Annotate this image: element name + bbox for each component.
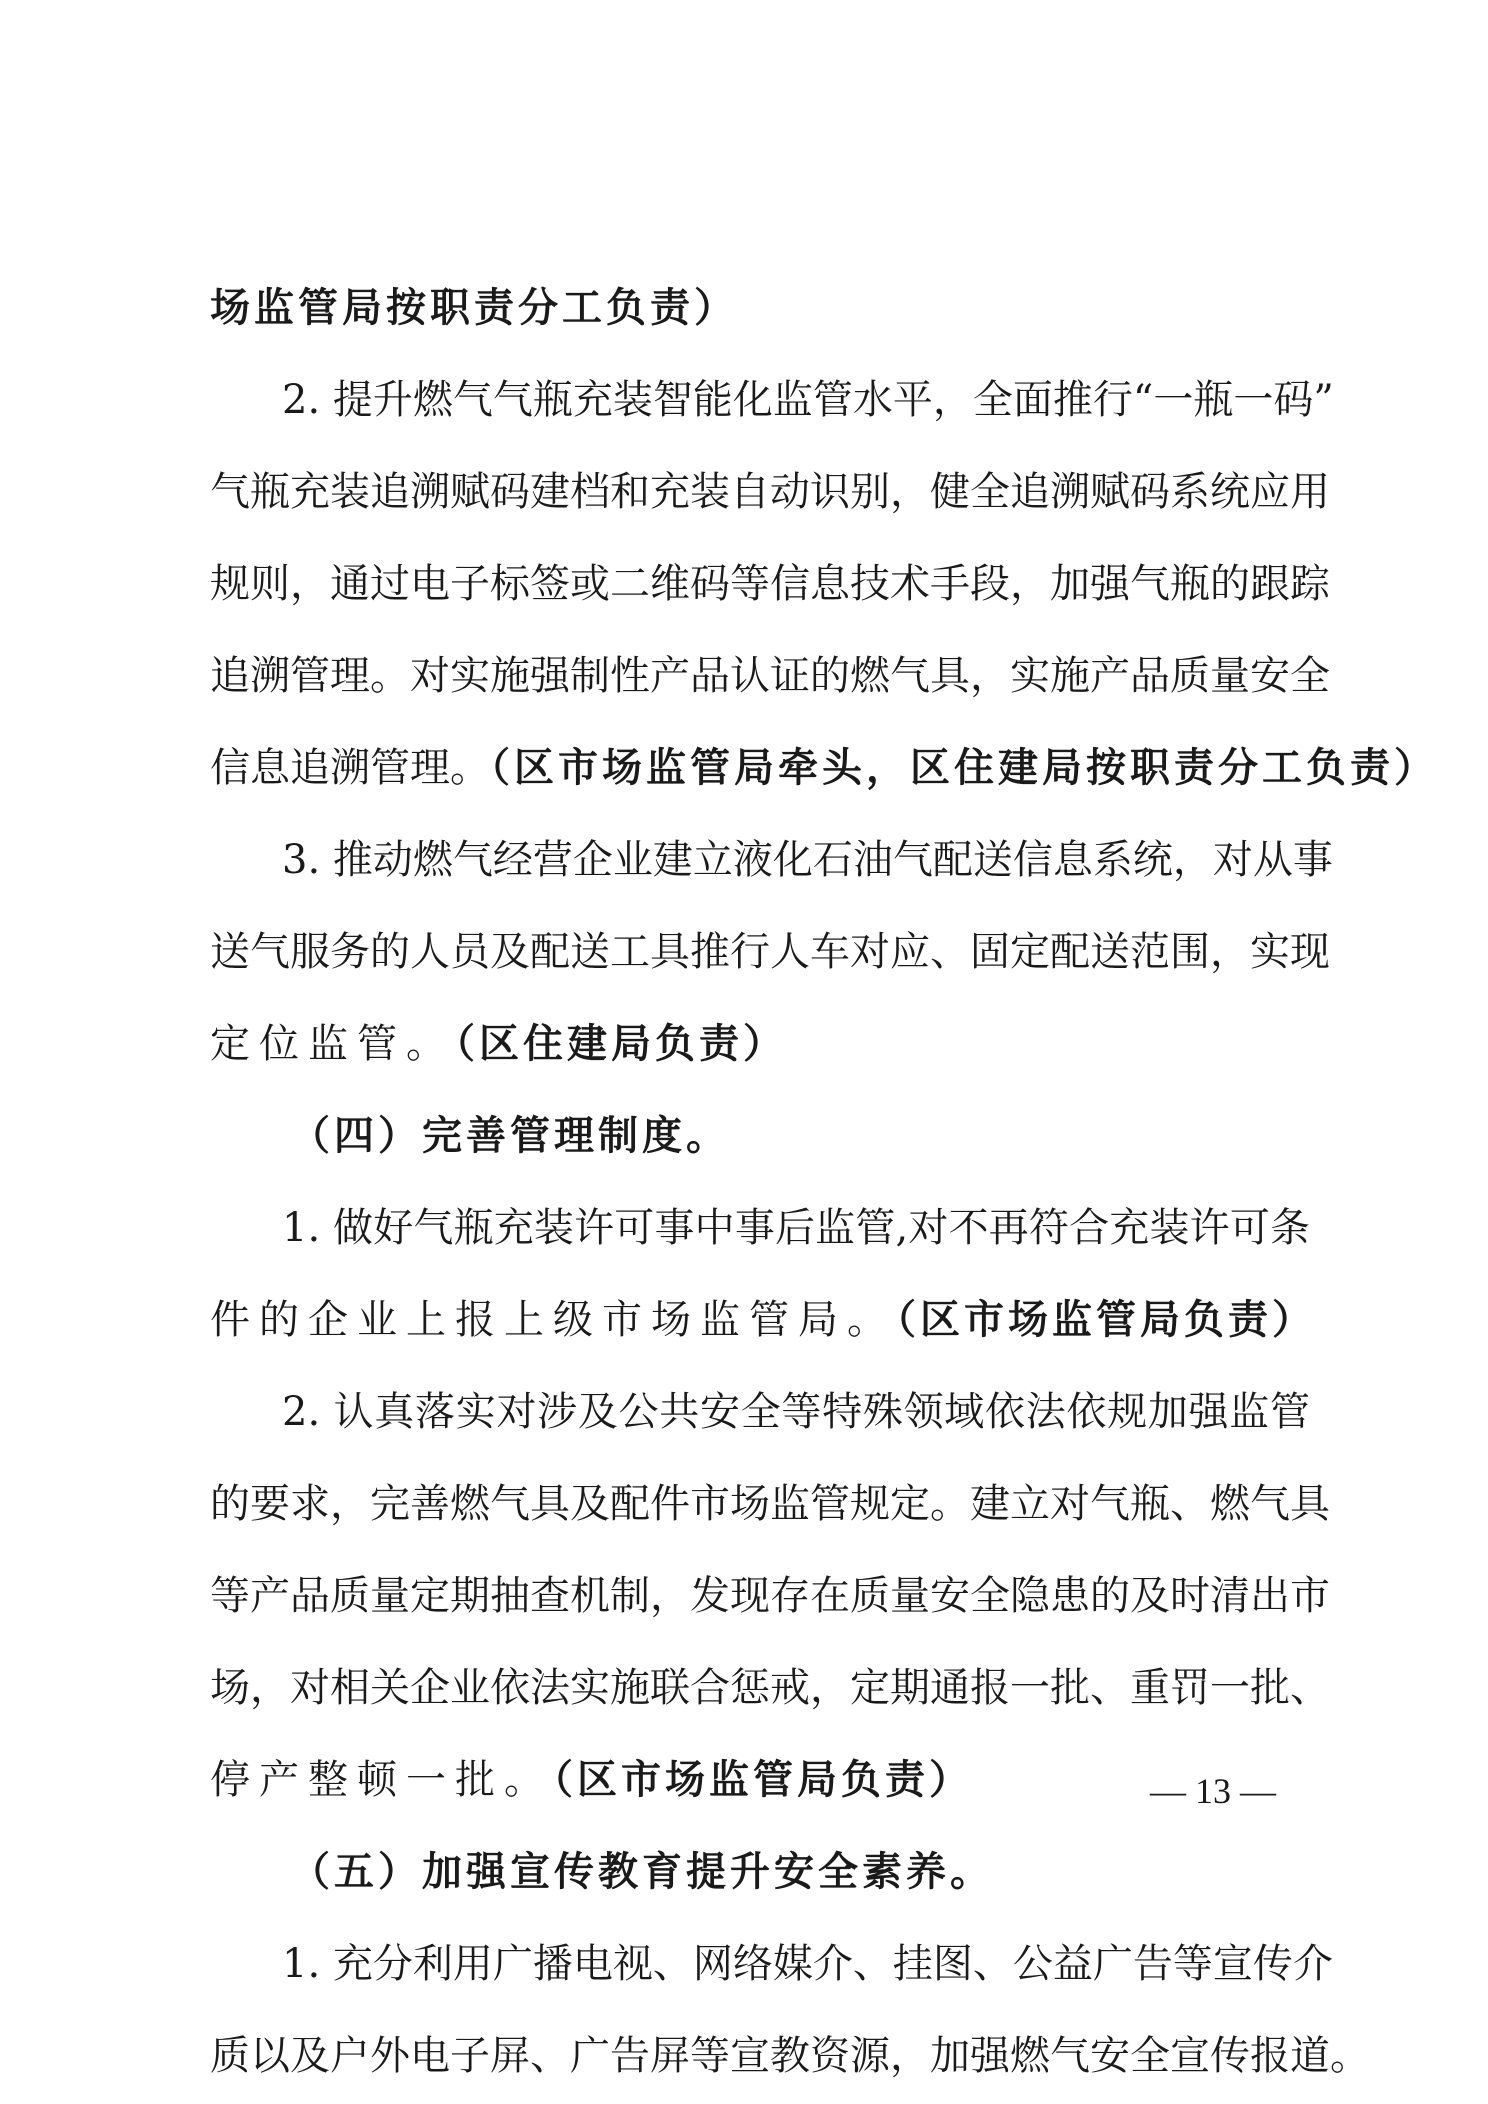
text-line: 场，对相关企业依法实施联合惩戒，定期通报一批、重罚一批、 <box>210 1653 1310 1723</box>
paragraph-item-1-start: 1. 做好气瓶充装许可事中事后监管,对不再符合充装许可条 <box>282 1193 1310 1263</box>
section-heading-5: （五）加强宣传教育提升安全素养。 <box>290 1837 994 1907</box>
paragraph-item-2-start: 2. 认真落实对涉及公共安全等特殊领域依法依规加强监管 <box>282 1377 1310 1447</box>
text-line: 规则，通过电子标签或二维码等信息技术手段，加强气瓶的跟踪 <box>210 549 1310 619</box>
responsibility-note: 场监管局按职责分工负责） <box>210 285 738 331</box>
text-line: 气瓶充装追溯赋码建档和充装自动识别，健全追溯赋码系统应用 <box>210 457 1310 527</box>
text-line: 定位监管。（区住建局负责） <box>210 1009 787 1079</box>
text-line: 件的企业上报上级市场监管局。（区市场监管局负责） <box>210 1285 1316 1355</box>
text-line: 追溯管理。对实施强制性产品认证的燃气具，实施产品质量安全 <box>210 641 1310 711</box>
page-number: — 13 — <box>1150 1770 1276 1812</box>
text-line: 送气服务的人员及配送工具推行人车对应、固定配送范围，实现 <box>210 917 1310 987</box>
text-line: 停产整顿一批。（区市场监管局负责） <box>210 1745 973 1815</box>
responsibility-note: （区市场监管局负责） <box>553 1757 973 1803</box>
paragraph-item-3-start: 3. 推动燃气经营企业建立液化石油气配送信息系统，对从事 <box>282 825 1310 895</box>
text-line: 的要求，完善燃气具及配件市场监管规定。建立对气瓶、燃气具 <box>210 1469 1310 1539</box>
responsibility-note: （区市场监管局负责） <box>896 1297 1316 1343</box>
text-line: 场监管局按职责分工负责） <box>210 273 738 343</box>
text-line: 等产品质量定期抽查机制，发现存在质量安全隐患的及时清出市 <box>210 1561 1310 1631</box>
responsibility-note: （区住建局负责） <box>455 1021 787 1067</box>
responsibility-note: （区市场监管局牵头，区住建局按职责分工负责） <box>490 745 1438 791</box>
paragraph-item-1-start: 1. 充分利用广播电视、网络媒介、挂图、公益广告等宣传介 <box>282 1929 1310 1999</box>
document-page: 场监管局按职责分工负责） 2. 提升燃气气瓶充装智能化监管水平，全面推行“一瓶一… <box>0 0 1488 2104</box>
text-line: 质以及户外电子屏、广告屏等宣教资源，加强燃气安全宣传报道。 <box>210 2021 1310 2091</box>
text-line: 信息追溯管理。（区市场监管局牵头，区住建局按职责分工负责） <box>210 733 1310 803</box>
paragraph-item-2-start: 2. 提升燃气气瓶充装智能化监管水平，全面推行“一瓶一码” <box>282 365 1310 435</box>
section-heading-4: （四）完善管理制度。 <box>290 1101 730 1171</box>
